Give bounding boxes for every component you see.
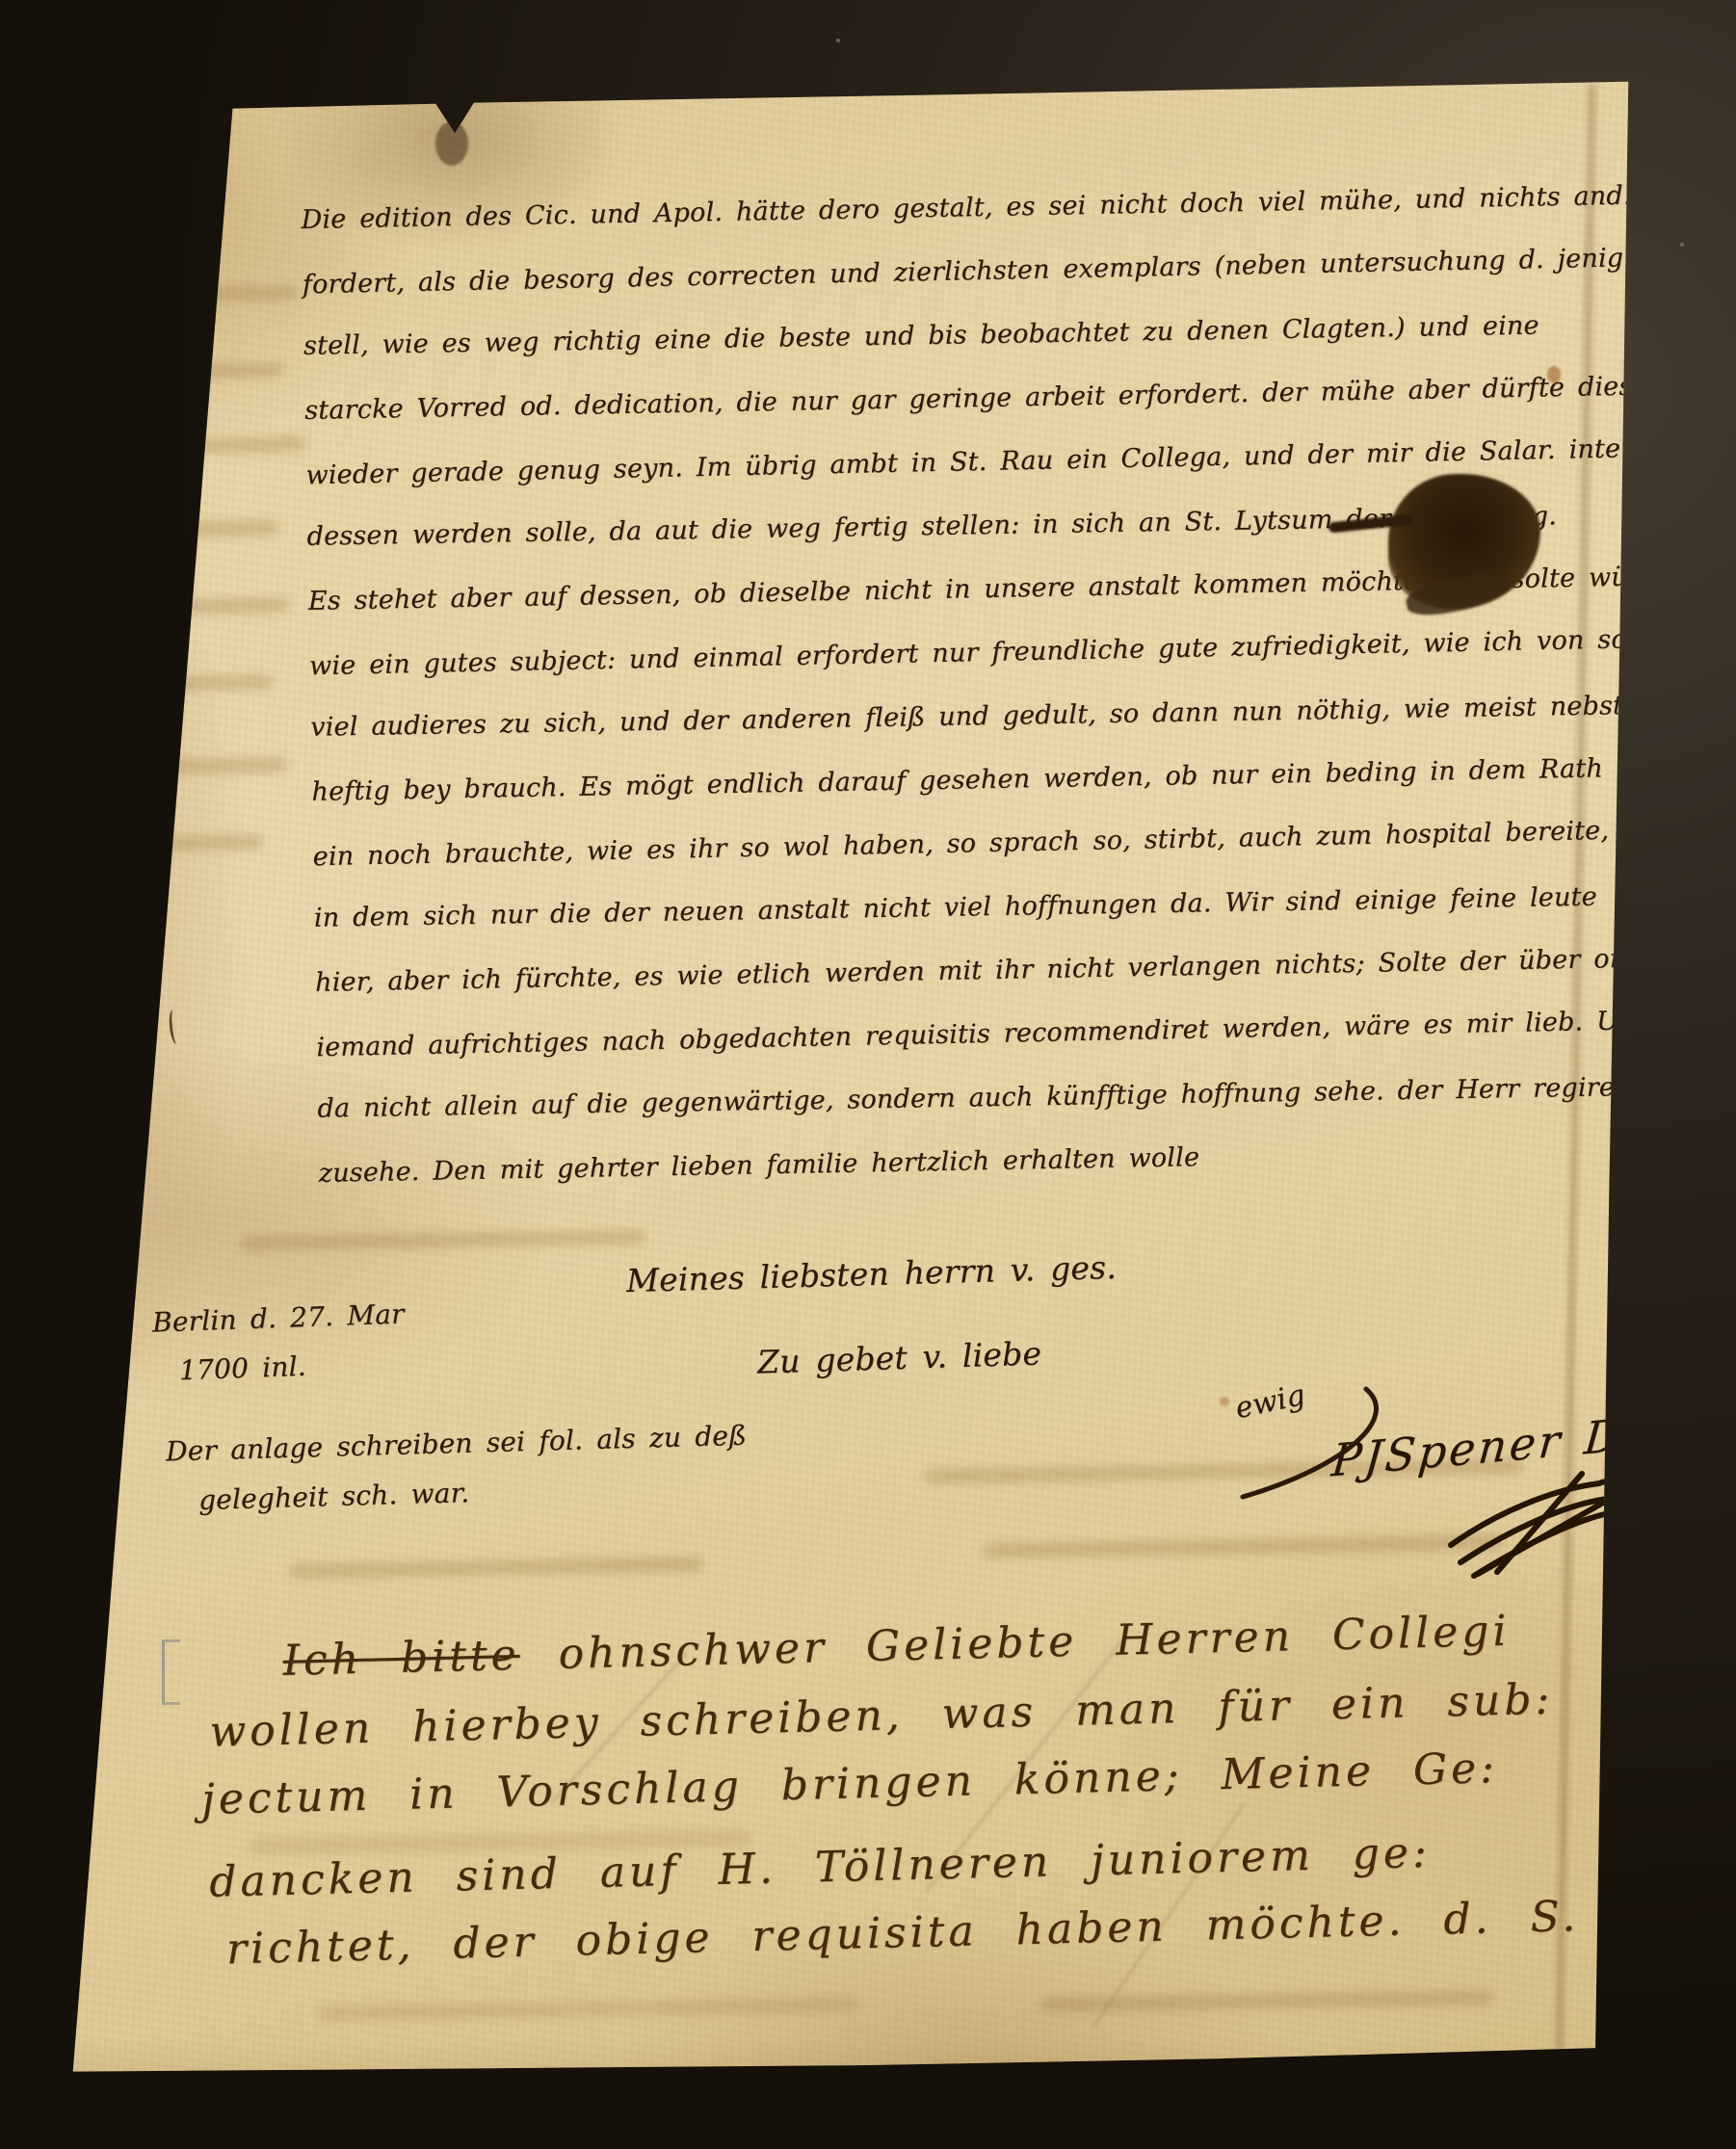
show-through-mark (104, 835, 263, 852)
signature-paraph-icon (1437, 1456, 1625, 1586)
side-note-line-2: gelegheit sch. war. (198, 1477, 470, 1516)
show-through-mark (100, 520, 278, 537)
dust-speck (1680, 243, 1684, 247)
show-through-mark (91, 597, 288, 616)
show-through-mark (983, 1534, 1503, 1558)
closing-line-1: Meines liebsten herrn v. ges. (626, 1248, 1118, 1299)
show-through-mark (96, 362, 284, 380)
valediction-flourish-icon (1222, 1377, 1405, 1512)
dust-speck (836, 39, 840, 42)
postscript-line-1: Ich bitte ohnschwer Geliebte Herren Coll… (282, 1607, 1511, 1686)
letter-paper-sheet: Die edition des Cic. und Apol. hätte der… (0, 0, 1736, 2149)
letter-body: Die edition des Cic. und Apol. hätte der… (301, 166, 1600, 1206)
closing-line-2: Zu gebet v. liebe (756, 1334, 1041, 1380)
side-note-line-1: Der anlage schreiben sei fol. als zu deß (166, 1420, 748, 1468)
show-through-mark (94, 757, 287, 774)
show-through-mark (104, 674, 273, 692)
margin-ink-mark (168, 1009, 182, 1045)
show-through-mark (92, 285, 299, 303)
foxing-spot (435, 121, 468, 166)
postscript-line-4: dancken sind auf H. Töllneren juniorem g… (209, 1828, 1432, 1907)
show-through-mark (241, 1229, 645, 1250)
dateline-place-date: Berlin d. 27. Mar (152, 1297, 406, 1338)
postscript-block: Ich bitte ohnschwer Geliebte Herren Coll… (197, 1600, 1614, 2039)
postscript-line-1-rest: ohnschwer Geliebte Herren Collegi (519, 1607, 1511, 1680)
dateline-year: 1700 inl. (178, 1350, 306, 1387)
postscript-line-3: jectum in Vorschlag bringen könne; Meine… (201, 1743, 1499, 1824)
struck-words: Ich bitte (282, 1631, 520, 1686)
postscript-line-5: richtet, der obige requisita haben möcht… (225, 1890, 1653, 1974)
pencil-bracket-mark: [ (162, 1639, 180, 1705)
postscript-line-2: wollen hierbey schreiben, was man für ei… (209, 1675, 1554, 1757)
ink-dot-mark (148, 890, 157, 899)
show-through-mark (89, 436, 305, 455)
show-through-mark (289, 1557, 703, 1579)
photograph-stage: Die edition des Cic. und Apol. hätte der… (0, 0, 1736, 2149)
margin-ink-mark (115, 712, 133, 741)
